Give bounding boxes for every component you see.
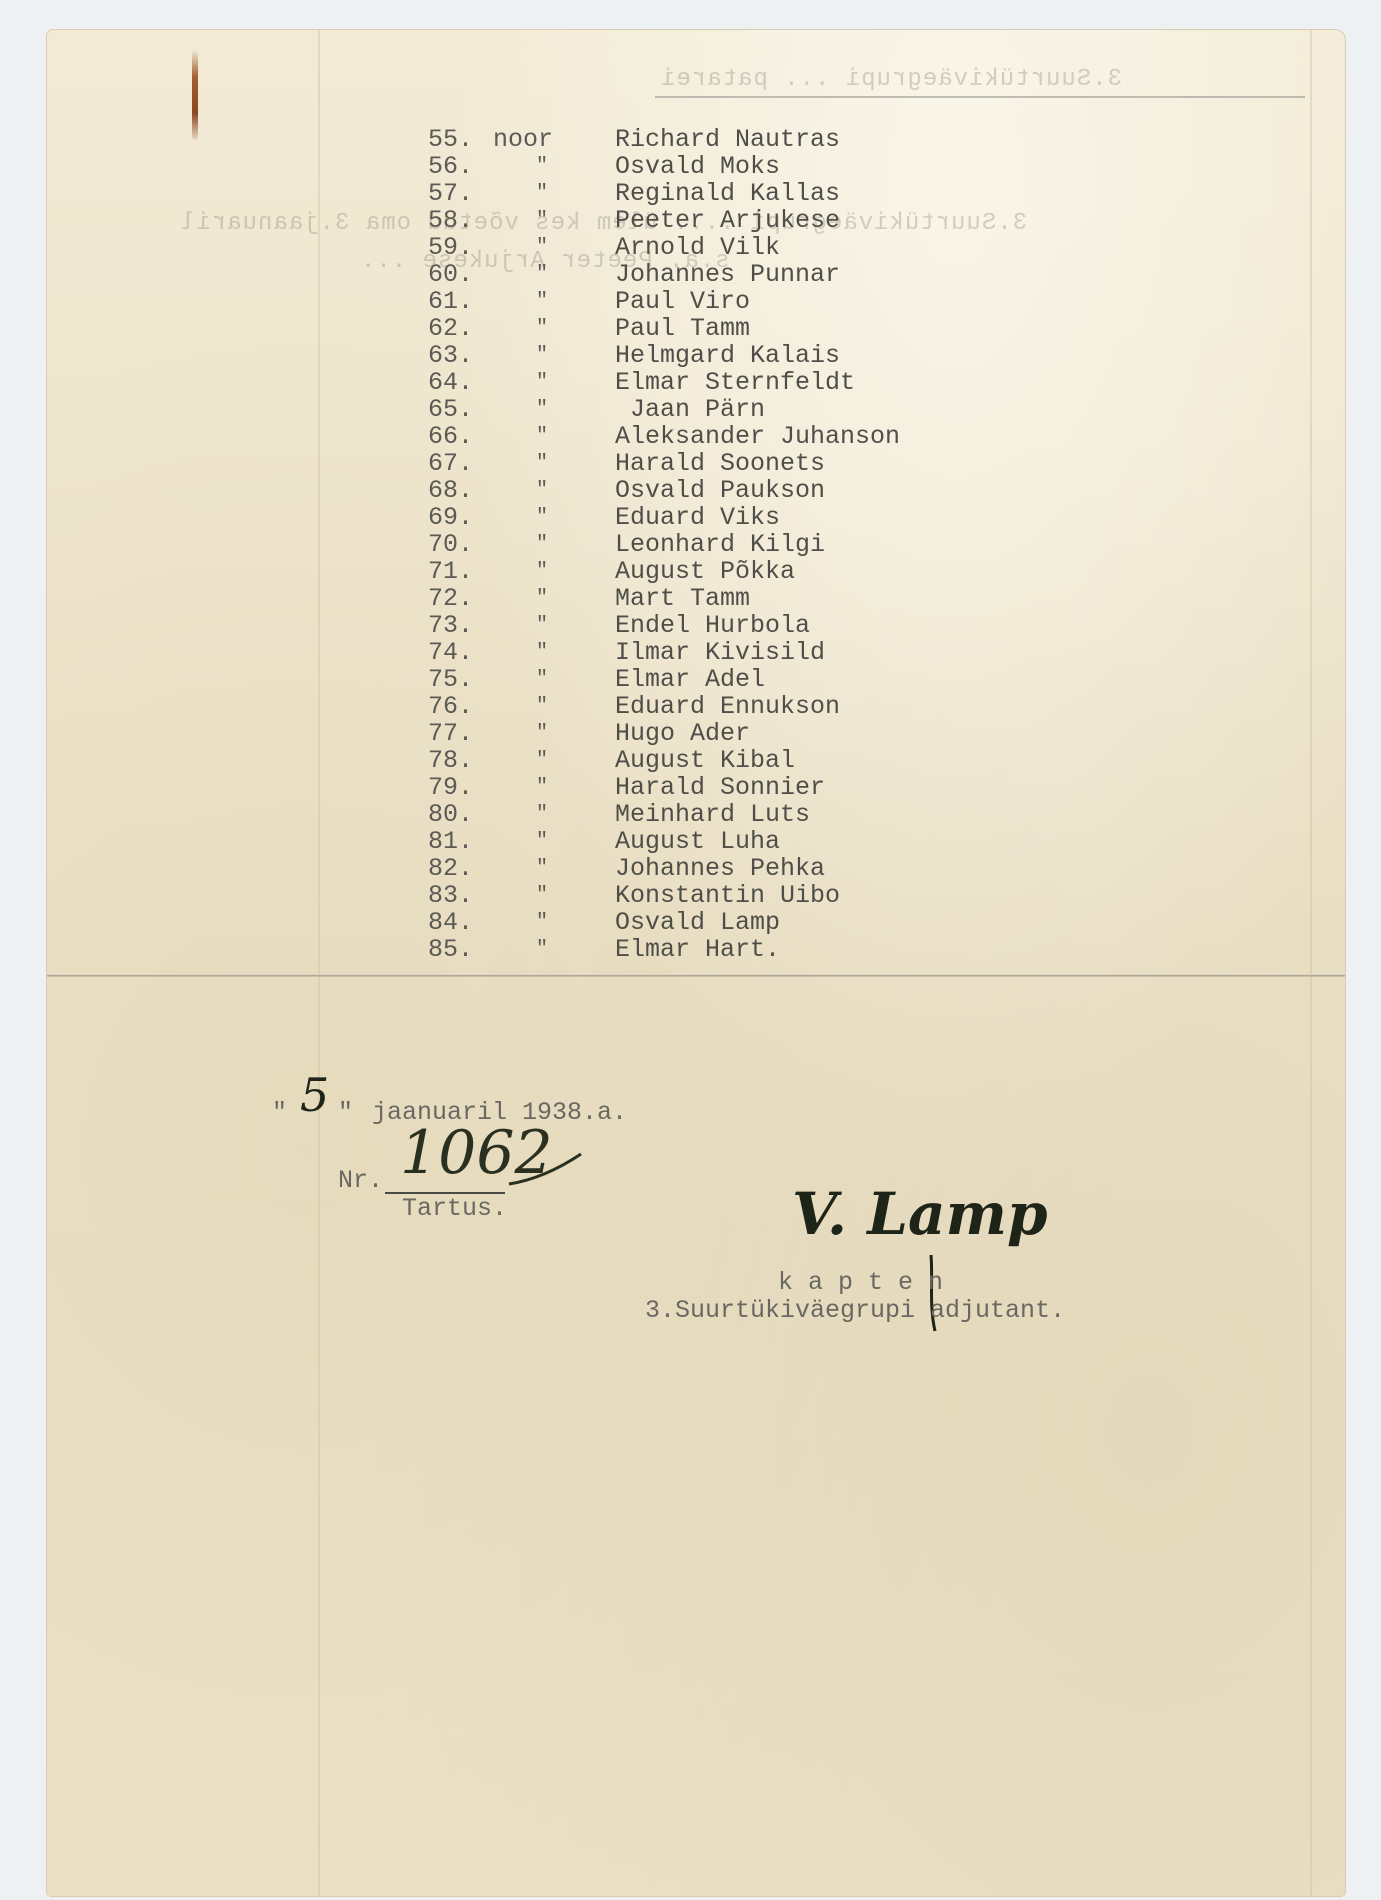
row-name: August Põkka (615, 558, 795, 585)
row-name: Aleksander Juhanson (615, 423, 900, 450)
row-number: 72. (428, 585, 498, 612)
row-number: 81. (428, 828, 498, 855)
row-name: Paul Viro (615, 288, 750, 315)
row-name: Hugo Ader (615, 720, 750, 747)
ditto-mark: " (536, 882, 556, 909)
row-name: Arnold Vilk (615, 234, 780, 261)
ditto-mark: " (536, 450, 556, 477)
horizontal-fold-line (47, 974, 1345, 977)
row-number: 73. (428, 612, 498, 639)
row-number: 60. (428, 261, 498, 288)
signer-title: 3.Suurtükiväegrupi adjutant. (645, 1296, 1065, 1325)
ditto-mark: " (536, 342, 556, 369)
row-number: 71. (428, 558, 498, 585)
ditto-mark: " (536, 153, 556, 180)
ditto-mark: " (536, 207, 556, 234)
row-name: Johannes Punnar (615, 261, 840, 288)
ditto-mark: " (536, 855, 556, 882)
ditto-mark: " (536, 747, 556, 774)
ditto-mark: " (536, 639, 556, 666)
handwritten-day: 5 (300, 1068, 329, 1122)
row-number: 75. (428, 666, 498, 693)
ditto-mark: " (536, 504, 556, 531)
row-name: Osvald Paukson (615, 477, 825, 504)
date-close-quote: " (338, 1098, 353, 1127)
row-name: Paul Tamm (615, 315, 750, 342)
row-name: Elmar Adel (615, 666, 765, 693)
bleed-through-line: 3.Suurtükiväegrupi .... ülem kes võetud … (180, 210, 1027, 237)
row-name: Johannes Pehka (615, 855, 825, 882)
ditto-mark: " (536, 666, 556, 693)
row-number: 80. (428, 801, 498, 828)
ditto-mark: " (536, 774, 556, 801)
row-name: Endel Hurbola (615, 612, 810, 639)
row-name: August Kibal (615, 747, 795, 774)
row-name: Richard Nautras (615, 126, 840, 153)
bleed-through-header: 3.Suurtükiväegrupi ... patarei (660, 66, 1122, 93)
row-number: 84. (428, 909, 498, 936)
ditto-mark: " (536, 261, 556, 288)
row-number: 63. (428, 342, 498, 369)
row-number: 65. (428, 396, 498, 423)
row-number: 59. (428, 234, 498, 261)
row-name: Ilmar Kivisild (615, 639, 825, 666)
row-number: 83. (428, 882, 498, 909)
place-text: Tartus. (402, 1194, 507, 1223)
row-name: Osvald Moks (615, 153, 780, 180)
row-name: Eduard Viks (615, 504, 780, 531)
row-number: 74. (428, 639, 498, 666)
row-rank: noor (493, 126, 573, 153)
row-name: Elmar Sternfeldt (615, 369, 855, 396)
ditto-mark: " (536, 396, 556, 423)
row-name: August Luha (615, 828, 780, 855)
row-name: Helmgard Kalais (615, 342, 840, 369)
row-number: 70. (428, 531, 498, 558)
ditto-mark: " (536, 288, 556, 315)
row-number: 79. (428, 774, 498, 801)
ditto-mark: " (536, 369, 556, 396)
row-name: Konstantin Uibo (615, 882, 840, 909)
rust-stain (192, 50, 198, 140)
row-number: 66. (428, 423, 498, 450)
row-number: 64. (428, 369, 498, 396)
row-name: Leonhard Kilgi (615, 531, 825, 558)
row-number: 62. (428, 315, 498, 342)
date-open-quote: " (272, 1098, 287, 1127)
number-flourish (505, 1150, 585, 1190)
row-number: 76. (428, 693, 498, 720)
ditto-mark: " (536, 693, 556, 720)
ditto-mark: " (536, 477, 556, 504)
ditto-mark: " (536, 585, 556, 612)
row-name: Meinhard Luts (615, 801, 810, 828)
row-number: 61. (428, 288, 498, 315)
row-number: 78. (428, 747, 498, 774)
row-name: Harald Soonets (615, 450, 825, 477)
row-name: Elmar Hart. (615, 936, 780, 963)
row-number: 57. (428, 180, 498, 207)
handwritten-signature: V. Lamp (792, 1180, 1048, 1248)
ditto-mark: " (536, 801, 556, 828)
row-name: Reginald Kallas (615, 180, 840, 207)
ditto-mark: " (536, 531, 556, 558)
ditto-mark: " (536, 720, 556, 747)
vertical-crease (318, 30, 320, 1896)
ditto-mark: " (536, 828, 556, 855)
ditto-mark: " (536, 612, 556, 639)
signer-rank: k a p t e n (778, 1268, 943, 1297)
number-label: Nr. (338, 1166, 383, 1195)
row-name: Osvald Lamp (615, 909, 780, 936)
row-name: Peeter Arjukese (615, 207, 840, 234)
ditto-mark: " (536, 558, 556, 585)
ditto-mark: " (536, 909, 556, 936)
row-number: 55. (428, 126, 498, 153)
bleed-through-rule (655, 96, 1305, 98)
ditto-mark: " (536, 315, 556, 342)
row-number: 69. (428, 504, 498, 531)
row-number: 58. (428, 207, 498, 234)
row-number: 82. (428, 855, 498, 882)
row-number: 68. (428, 477, 498, 504)
row-name: Harald Sonnier (615, 774, 825, 801)
ditto-mark: " (536, 936, 556, 963)
row-name: Mart Tamm (615, 585, 750, 612)
row-number: 85. (428, 936, 498, 963)
row-number: 77. (428, 720, 498, 747)
row-name: Jaan Pärn (615, 396, 765, 423)
ditto-mark: " (536, 234, 556, 261)
ditto-mark: " (536, 423, 556, 450)
row-name: Eduard Ennukson (615, 693, 840, 720)
row-number: 56. (428, 153, 498, 180)
row-number: 67. (428, 450, 498, 477)
ditto-mark: " (536, 180, 556, 207)
vertical-crease (1310, 30, 1312, 1896)
